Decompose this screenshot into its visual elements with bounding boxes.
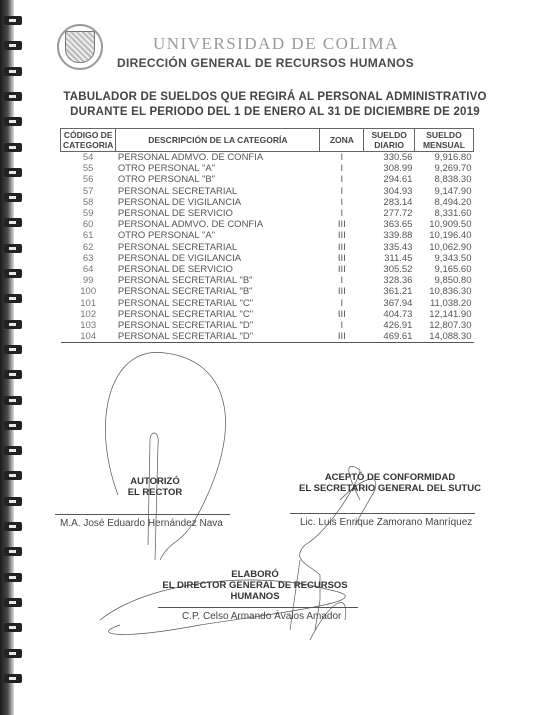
table-row: 102PERSONAL SECRETARIAL "C"III404.7312,1… bbox=[61, 309, 474, 320]
cell-daily: 304.93 bbox=[364, 186, 415, 197]
cell-description: OTRO PERSONAL "B" bbox=[116, 174, 320, 185]
binding-ring bbox=[4, 522, 22, 531]
sutuc-signature-block: ACEPTÓ DE CONFORMIDAD EL SECRETARIO GENE… bbox=[290, 472, 490, 494]
binding-ring bbox=[4, 244, 22, 253]
binding-ring bbox=[4, 573, 22, 582]
table-row: 101PERSONAL SECRETARIAL "C"I367.9411,038… bbox=[61, 297, 474, 308]
cell-monthly: 8,838.30 bbox=[414, 174, 473, 185]
cell-zone: I bbox=[320, 208, 364, 219]
cell-zone: III bbox=[320, 331, 364, 343]
sutuc-signature-line bbox=[290, 513, 475, 514]
cell-monthly: 9,343.50 bbox=[414, 253, 473, 264]
cell-description: OTRO PERSONAL "A" bbox=[116, 163, 320, 174]
university-name: UNIVERSIDAD DE COLIMA bbox=[153, 34, 399, 54]
binding-ring bbox=[4, 168, 22, 177]
cell-daily: 294.61 bbox=[364, 174, 415, 185]
cell-daily: 361.21 bbox=[364, 286, 415, 297]
table-row: 103PERSONAL SECRETARIAL "D"I426.9112,807… bbox=[61, 320, 474, 331]
binding-ring bbox=[4, 471, 22, 480]
binding-ring bbox=[4, 547, 22, 556]
cell-description: PERSONAL DE SERVICIO bbox=[116, 264, 320, 275]
binding-ring bbox=[4, 598, 22, 607]
title-line-2: DURANTE EL PERIODO DEL 1 DE ENERO AL 31 … bbox=[60, 105, 490, 120]
cell-description: PERSONAL DE VIGILANCIA bbox=[116, 253, 320, 264]
table-row: 60PERSONAL ADMVO. DE CONFIAIII363.6510,9… bbox=[61, 219, 474, 230]
binding-ring bbox=[4, 623, 22, 632]
cell-description: PERSONAL ADMVO. DE CONFIA bbox=[116, 152, 320, 164]
cell-daily: 305.52 bbox=[364, 264, 415, 275]
cell-zone: III bbox=[320, 286, 364, 297]
table-row: 54PERSONAL ADMVO. DE CONFIAI330.569,916.… bbox=[61, 152, 474, 164]
binding-ring bbox=[4, 370, 22, 379]
cell-zone: I bbox=[320, 152, 364, 164]
cell-monthly: 9,916.80 bbox=[414, 152, 473, 164]
cell-monthly: 8,331.60 bbox=[414, 208, 473, 219]
cell-monthly: 10,196.40 bbox=[414, 230, 473, 241]
cell-code: 64 bbox=[61, 264, 116, 275]
director-name: C.P. Celso Armando Ávalos Amador bbox=[182, 611, 341, 622]
table-row: 99PERSONAL SECRETARIAL "B"I328.369,850.8… bbox=[61, 275, 474, 286]
university-crest-icon bbox=[57, 24, 103, 70]
table-row: 100PERSONAL SECRETARIAL "B"III361.2110,8… bbox=[61, 286, 474, 297]
table-row: 64PERSONAL DE SERVICIOIII305.529,165.60 bbox=[61, 264, 474, 275]
rector-action: AUTORIZÓ bbox=[95, 476, 215, 487]
table-row: 59PERSONAL DE SERVICIOI277.728,331.60 bbox=[61, 208, 474, 219]
cell-code: 55 bbox=[61, 163, 116, 174]
cell-zone: I bbox=[320, 197, 364, 208]
table-row: 58PERSONAL DE VIGILANCIAI283.148,494.20 bbox=[61, 197, 474, 208]
cell-code: 56 bbox=[61, 174, 116, 185]
binding-ring bbox=[4, 269, 22, 278]
cell-code: 62 bbox=[61, 242, 116, 253]
cell-code: 99 bbox=[61, 275, 116, 286]
rector-title: EL RECTOR bbox=[95, 487, 215, 498]
cell-monthly: 14,088.30 bbox=[414, 331, 473, 343]
sutuc-name: Lic. Luis Enrique Zamorano Manríquez bbox=[300, 517, 472, 528]
table-row: 57PERSONAL SECRETARIALI304.939,147.90 bbox=[61, 186, 474, 197]
cell-zone: III bbox=[320, 253, 364, 264]
cell-description: PERSONAL SECRETARIAL bbox=[116, 186, 320, 197]
cell-daily: 277.72 bbox=[364, 208, 415, 219]
cell-code: 63 bbox=[61, 253, 116, 264]
binding-ring bbox=[4, 41, 22, 50]
cell-monthly: 9,850.80 bbox=[414, 275, 473, 286]
sutuc-action: ACEPTÓ DE CONFORMIDAD bbox=[290, 472, 490, 483]
cell-daily: 283.14 bbox=[364, 197, 415, 208]
cell-zone: I bbox=[320, 174, 364, 185]
director-signature-block: ELABORÓ EL DIRECTOR GENERAL DE RECURSOS … bbox=[140, 569, 370, 602]
binding-ring bbox=[4, 649, 22, 658]
table-row: 104PERSONAL SECRETARIAL "D"III469.6114,0… bbox=[61, 331, 474, 343]
cell-code: 57 bbox=[61, 186, 116, 197]
cell-zone: I bbox=[320, 186, 364, 197]
binding-ring bbox=[4, 193, 22, 202]
director-title: EL DIRECTOR GENERAL DE RECURSOS HUMANOS bbox=[140, 580, 370, 602]
document-title: TABULADOR DE SUELDOS QUE REGIRÁ AL PERSO… bbox=[60, 90, 490, 120]
cell-zone: III bbox=[320, 219, 364, 230]
cell-daily: 328.36 bbox=[364, 275, 415, 286]
cell-monthly: 11,038.20 bbox=[414, 297, 473, 308]
col-description-header: DESCRIPCIÓN DE LA CATEGORÍA bbox=[116, 129, 320, 152]
binding-ring bbox=[4, 421, 22, 430]
cell-daily: 335.43 bbox=[364, 242, 415, 253]
cell-daily: 330.56 bbox=[364, 152, 415, 164]
cell-description: PERSONAL SECRETARIAL "D" bbox=[116, 320, 320, 331]
binding-ring bbox=[4, 396, 22, 405]
cell-daily: 363.65 bbox=[364, 219, 415, 230]
binding-ring bbox=[4, 345, 22, 354]
cell-monthly: 9,165.60 bbox=[414, 264, 473, 275]
title-line-1: TABULADOR DE SUELDOS QUE REGIRÁ AL PERSO… bbox=[60, 90, 490, 105]
salary-table: CÓDIGO DE CATEGORIA DESCRIPCIÓN DE LA CA… bbox=[60, 128, 474, 343]
cell-monthly: 10,836.30 bbox=[414, 286, 473, 297]
binding-ring bbox=[4, 67, 22, 76]
col-code-header: CÓDIGO DE CATEGORIA bbox=[61, 129, 116, 152]
cell-description: PERSONAL SECRETARIAL "C" bbox=[116, 297, 320, 308]
cell-daily: 404.73 bbox=[364, 309, 415, 320]
table-row: 56OTRO PERSONAL "B"I294.618,838.30 bbox=[61, 174, 474, 185]
binding-ring bbox=[4, 497, 22, 506]
rector-signature-block: AUTORIZÓ EL RECTOR bbox=[95, 476, 215, 498]
cell-zone: III bbox=[320, 230, 364, 241]
cell-monthly: 9,269.70 bbox=[414, 163, 473, 174]
cell-code: 54 bbox=[61, 152, 116, 164]
cell-code: 100 bbox=[61, 286, 116, 297]
cell-zone: III bbox=[320, 242, 364, 253]
cell-monthly: 8,494.20 bbox=[414, 197, 473, 208]
cell-description: PERSONAL SECRETARIAL "B" bbox=[116, 275, 320, 286]
cell-code: 103 bbox=[61, 320, 116, 331]
table-row: 63PERSONAL DE VIGILANCIAIII311.459,343.5… bbox=[61, 253, 474, 264]
cell-daily: 367.94 bbox=[364, 297, 415, 308]
col-zone-header: ZONA bbox=[320, 129, 364, 152]
cell-zone: I bbox=[320, 320, 364, 331]
department-name: DIRECCIÓN GENERAL DE RECURSOS HUMANOS bbox=[117, 56, 414, 70]
cell-description: PERSONAL SECRETARIAL "C" bbox=[116, 309, 320, 320]
cell-daily: 426.91 bbox=[364, 320, 415, 331]
col-daily-header: SUELDO DIARIO bbox=[364, 129, 415, 152]
cell-description: PERSONAL DE SERVICIO bbox=[116, 208, 320, 219]
sutuc-title: EL SECRETARIO GENERAL DEL SUTUC bbox=[290, 483, 490, 494]
col-monthly-header: SUELDO MENSUAL bbox=[414, 129, 473, 152]
cell-description: PERSONAL SECRETARIAL "D" bbox=[116, 331, 320, 343]
director-action: ELABORÓ bbox=[140, 569, 370, 580]
binding-ring bbox=[4, 143, 22, 152]
cell-code: 58 bbox=[61, 197, 116, 208]
cell-code: 101 bbox=[61, 297, 116, 308]
rector-name: M.A. José Eduardo Hernández Nava bbox=[60, 518, 223, 529]
binding-ring bbox=[4, 294, 22, 303]
cell-daily: 311.45 bbox=[364, 253, 415, 264]
cell-description: PERSONAL ADMVO. DE CONFIA bbox=[116, 219, 320, 230]
cell-zone: III bbox=[320, 309, 364, 320]
cell-description: PERSONAL DE VIGILANCIA bbox=[116, 197, 320, 208]
binding-ring bbox=[4, 16, 22, 25]
table-header-row: CÓDIGO DE CATEGORIA DESCRIPCIÓN DE LA CA… bbox=[61, 129, 474, 152]
cell-daily: 339.88 bbox=[364, 230, 415, 241]
table-row: 55OTRO PERSONAL "A"I308.999,269.70 bbox=[61, 163, 474, 174]
cell-zone: I bbox=[320, 275, 364, 286]
cell-daily: 469.61 bbox=[364, 331, 415, 343]
cell-code: 59 bbox=[61, 208, 116, 219]
cell-description: PERSONAL SECRETARIAL "B" bbox=[116, 286, 320, 297]
cell-monthly: 10,909.50 bbox=[414, 219, 473, 230]
cell-code: 104 bbox=[61, 331, 116, 343]
cell-zone: I bbox=[320, 297, 364, 308]
binding-rings bbox=[4, 10, 26, 710]
cell-zone: I bbox=[320, 163, 364, 174]
cell-code: 60 bbox=[61, 219, 116, 230]
director-signature-line bbox=[158, 607, 358, 608]
cell-description: OTRO PERSONAL "A" bbox=[116, 230, 320, 241]
cell-code: 61 bbox=[61, 230, 116, 241]
binding-ring bbox=[4, 674, 22, 683]
cell-code: 102 bbox=[61, 309, 116, 320]
cell-daily: 308.99 bbox=[364, 163, 415, 174]
binding-ring bbox=[4, 92, 22, 101]
cell-monthly: 12,141.90 bbox=[414, 309, 473, 320]
binding-ring bbox=[4, 320, 22, 329]
cell-monthly: 10,062.90 bbox=[414, 242, 473, 253]
table-row: 61OTRO PERSONAL "A"III339.8810,196.40 bbox=[61, 230, 474, 241]
binding-ring bbox=[4, 446, 22, 455]
cell-description: PERSONAL SECRETARIAL bbox=[116, 242, 320, 253]
cell-monthly: 12,807.30 bbox=[414, 320, 473, 331]
binding-ring bbox=[4, 117, 22, 126]
binding-ring bbox=[4, 218, 22, 227]
letterhead: UNIVERSIDAD DE COLIMA DIRECCIÓN GENERAL … bbox=[55, 22, 515, 82]
rector-signature-line bbox=[55, 514, 230, 515]
cell-zone: III bbox=[320, 264, 364, 275]
table-row: 62PERSONAL SECRETARIALIII335.4310,062.90 bbox=[61, 242, 474, 253]
cell-monthly: 9,147.90 bbox=[414, 186, 473, 197]
